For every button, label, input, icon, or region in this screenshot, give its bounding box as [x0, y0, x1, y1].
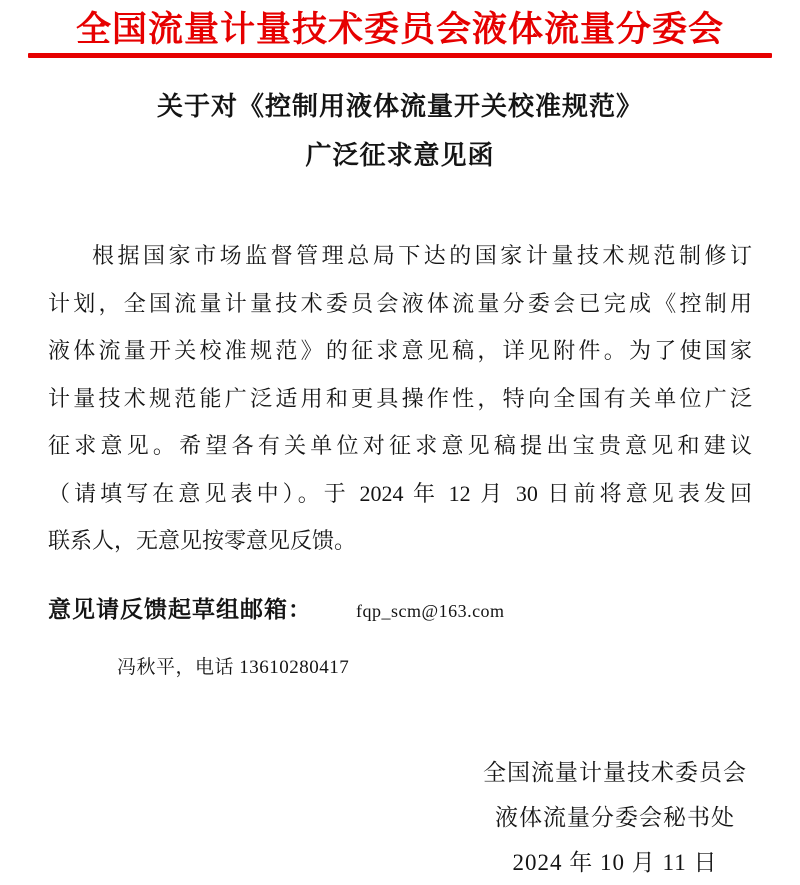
feedback-email-row: 意见请反馈起草组邮箱： fqp_scm@163.com	[48, 594, 752, 626]
document-title-line2: 广泛征求意见函	[0, 131, 800, 180]
document-title-line1: 关于对《控制用液体流量开关校准规范》	[0, 82, 800, 131]
signature-date: 2024 年 10 月 11 日	[465, 840, 765, 885]
signature-org-line2: 液体流量分委会秘书处	[465, 795, 765, 840]
body-line-5: 征求意见。希望各有关单位对征求意见稿提出宝贵意见和建议	[48, 422, 752, 470]
org-header-title: 全国流量计量技术委员会液体流量分委会	[0, 0, 800, 50]
signature-org-line1: 全国流量计量技术委员会	[465, 750, 765, 795]
document-title: 关于对《控制用液体流量开关校准规范》 广泛征求意见函	[0, 82, 800, 180]
signature-block: 全国流量计量技术委员会 液体流量分委会秘书处 2024 年 10 月 11 日	[465, 750, 765, 885]
contact-person-phone: 冯秋平，电话 13610280417	[117, 654, 800, 682]
body-line-6: （请填写在意见表中）。于 2024 年 12 月 30 日前将意见表发回	[48, 470, 752, 518]
body-line-7: 联系人，无意见按零意见反馈。	[48, 517, 752, 565]
feedback-email-address: fqp_scm@163.com	[356, 601, 505, 622]
body-line-2: 计划，全国流量计量技术委员会液体流量分委会已完成《控制用	[48, 280, 752, 328]
letter-body: 根据国家市场监督管理总局下达的国家计量技术规范制修订 计划，全国流量计量技术委员…	[48, 232, 752, 565]
feedback-email-label: 意见请反馈起草组邮箱：	[48, 594, 312, 626]
body-line-1: 根据国家市场监督管理总局下达的国家计量技术规范制修订	[48, 232, 752, 280]
document-page: 全国流量计量技术委员会液体流量分委会 关于对《控制用液体流量开关校准规范》 广泛…	[0, 0, 800, 885]
body-line-4: 计量技术规范能广泛适用和更具操作性，特向全国有关单位广泛	[48, 375, 752, 423]
header-divider-rule	[28, 53, 772, 58]
body-line-3: 液体流量开关校准规范》的征求意见稿，详见附件。为了使国家	[48, 327, 752, 375]
